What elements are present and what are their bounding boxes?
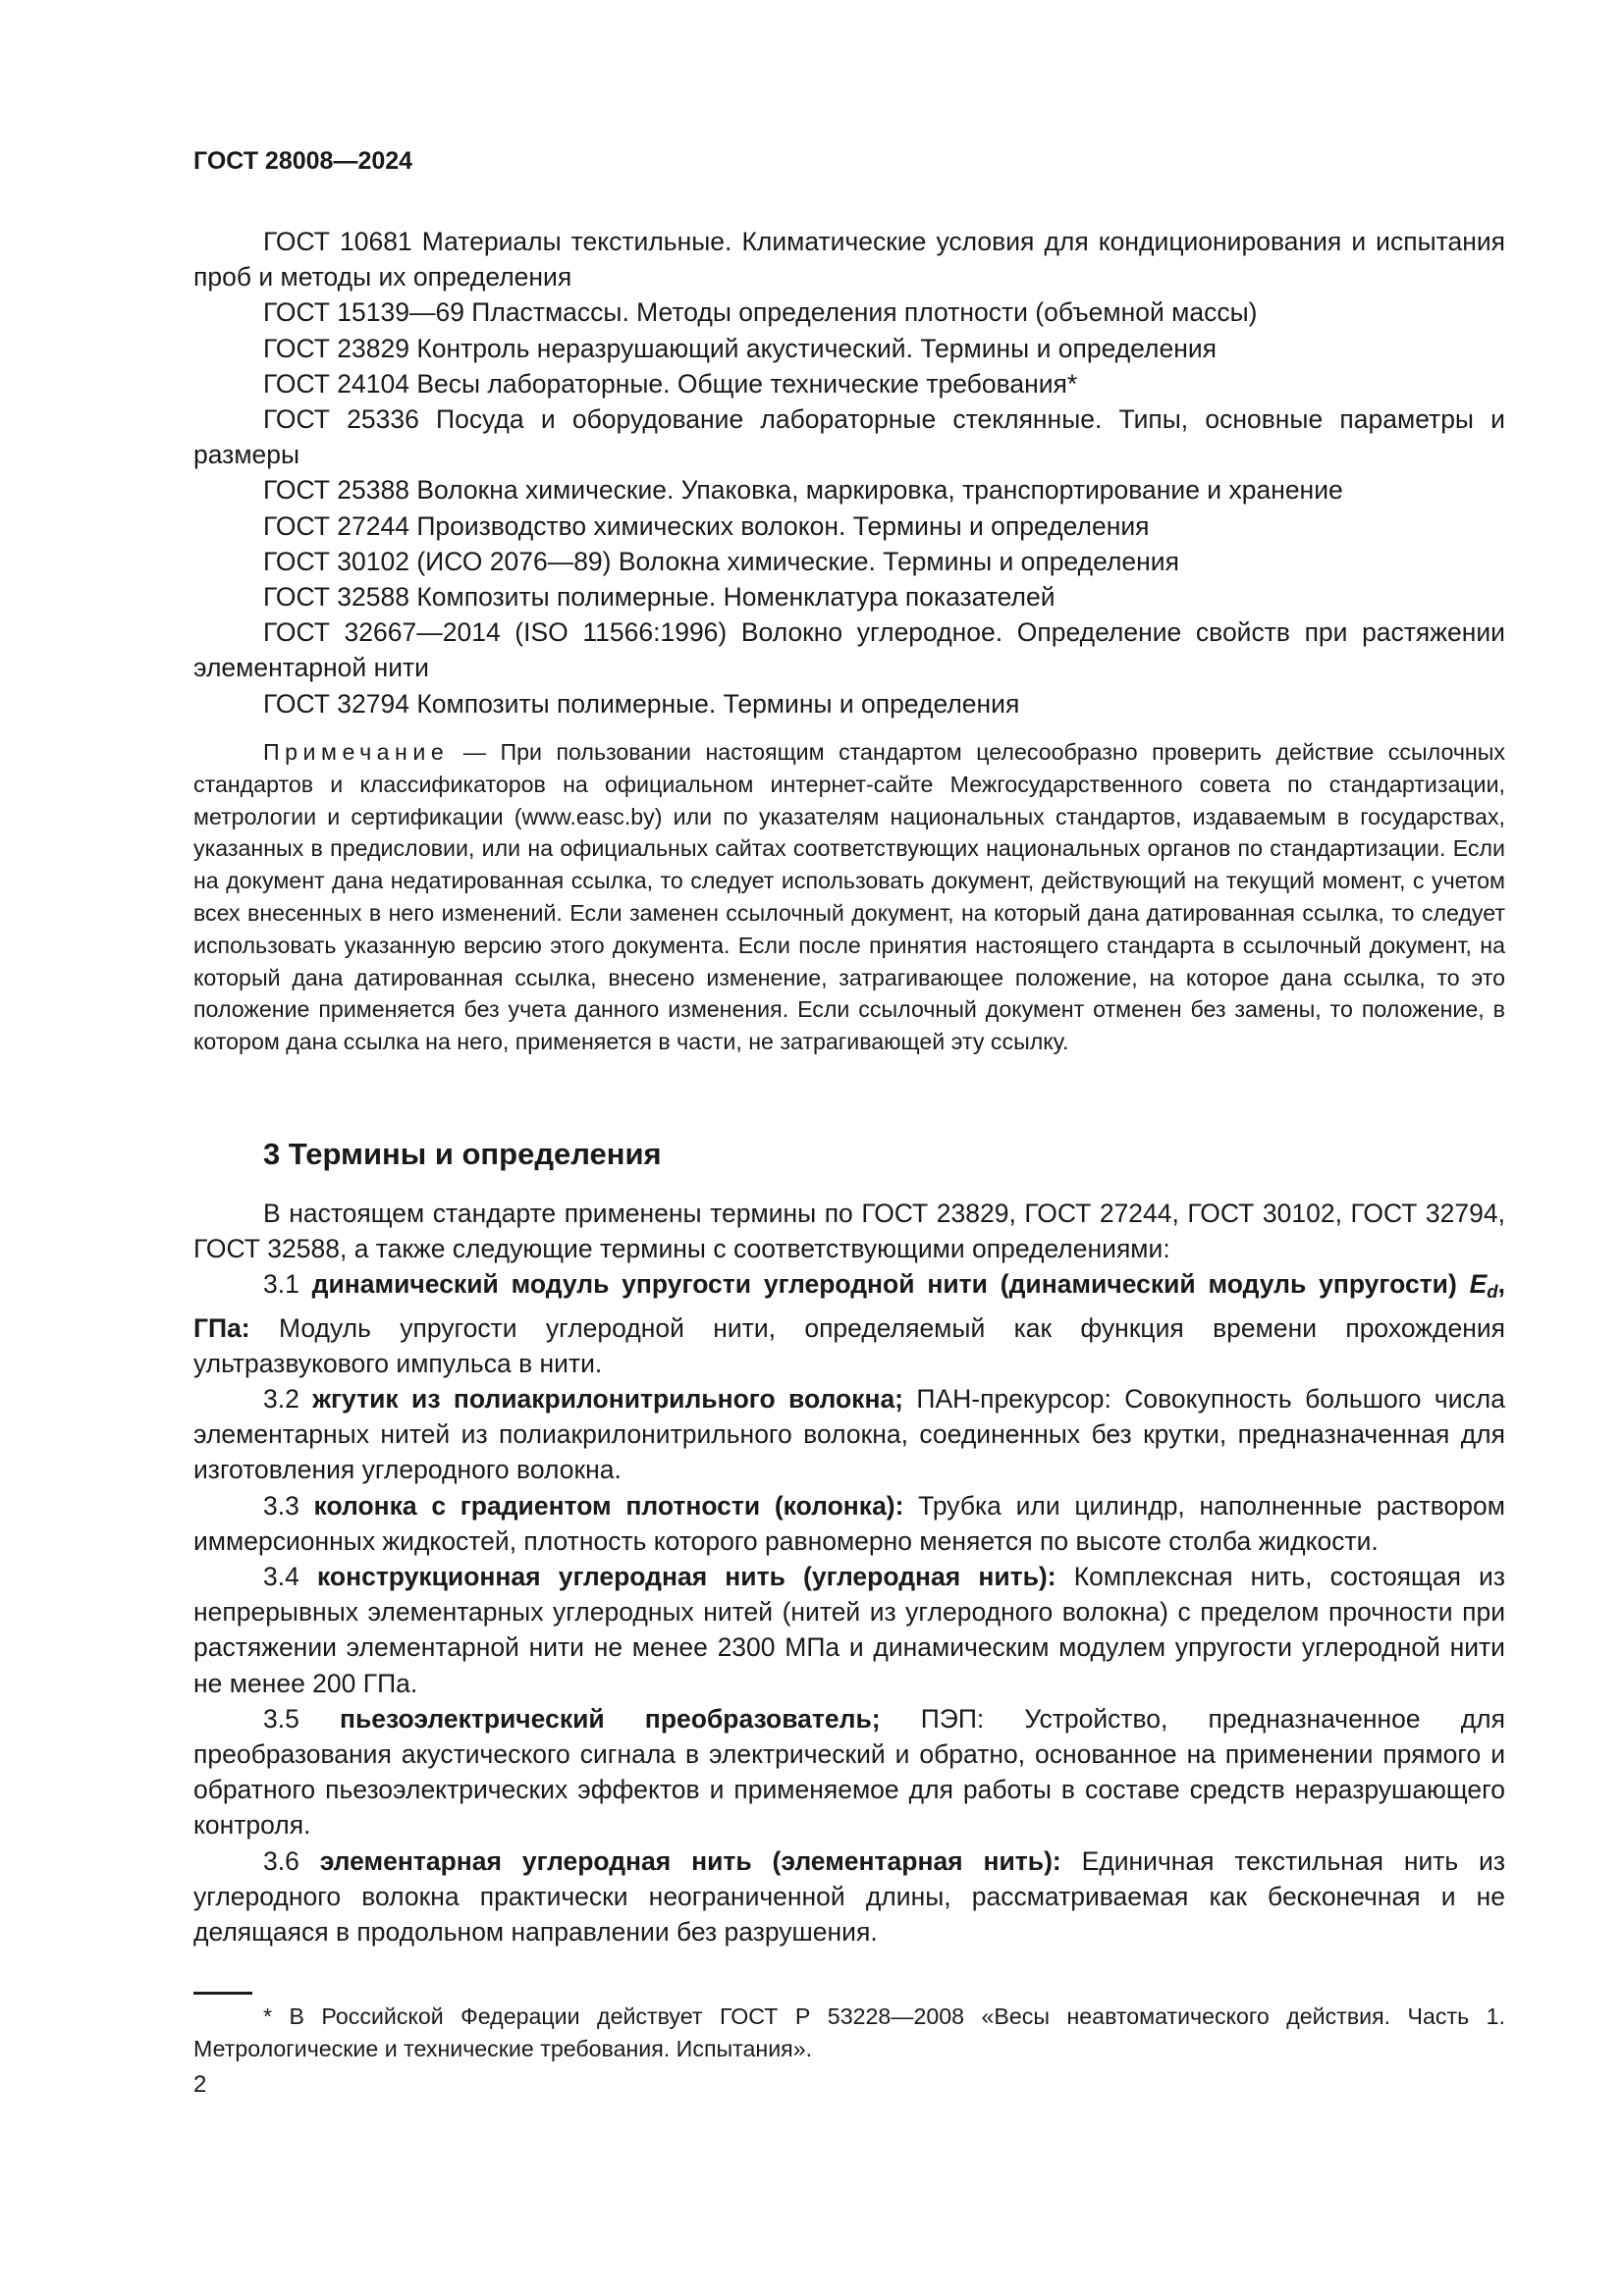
normative-references-list: ГОСТ 10681 Материалы текстильные. Климат… [193,224,1505,721]
reference-item: ГОСТ 15139—69 Пластмассы. Методы определ… [193,294,1505,330]
reference-item: ГОСТ 23829 Контроль неразрушающий акусти… [193,331,1505,366]
term-entry: 3.4 конструкционная углеродная нить (угл… [193,1559,1505,1701]
term-number: 3.1 [263,1269,312,1299]
term-name: пьезоэлектрический преобразователь; [340,1704,881,1734]
reference-item: ГОСТ 32588 Композиты полимерные. Номенкл… [193,579,1505,614]
document-header-id: ГОСТ 28008—2024 [193,147,412,176]
term-number: 3.5 [263,1704,340,1734]
reference-item: ГОСТ 30102 (ИСО 2076—89) Волокна химичес… [193,544,1505,579]
note-label: Примечание [263,739,449,765]
term-number: 3.3 [263,1491,314,1521]
note-block: Примечание — При пользовании настоящим с… [193,736,1505,1058]
note-paragraph: Примечание — При пользовании настоящим с… [193,736,1505,1058]
footnote: * В Российской Федерации действует ГОСТ … [193,2001,1505,2065]
reference-item: ГОСТ 24104 Весы лабораторные. Общие техн… [193,366,1505,401]
term-name: элементарная углеродная нить (элементарн… [320,1846,1061,1876]
term-entry: 3.6 элементарная углеродная нить (элемен… [193,1843,1505,1950]
symbol-subscript: d [1487,1281,1497,1302]
section-heading: 3 Термины и определения [263,1137,662,1172]
term-synonym: ПЭП: [881,1704,985,1734]
section-intro: В настоящем стандарте применены термины … [193,1196,1505,1266]
term-entry: 3.1 динамический модуль упругости углеро… [193,1266,1505,1381]
term-synonym: ПАН-прекурсор: [903,1384,1124,1414]
term-symbol: Ed [1470,1269,1498,1299]
term-name: жгутик из полиакрилонитрильного волокна; [312,1384,903,1414]
symbol-main: E [1470,1269,1488,1299]
reference-item: ГОСТ 25336 Посуда и оборудование лаборат… [193,401,1505,472]
reference-item: ГОСТ 32794 Композиты полимерные. Термины… [193,686,1505,721]
note-text: — При пользовании настоящим стандартом ц… [193,739,1505,1054]
footnote-text: * В Российской Федерации действует ГОСТ … [193,2001,1505,2065]
terms-section: В настоящем стандарте применены термины … [193,1196,1505,1949]
term-entry: 3.3 колонка с градиентом плотности (коло… [193,1488,1505,1559]
footnote-separator [193,1992,252,1995]
reference-item: ГОСТ 25388 Волокна химические. Упаковка,… [193,472,1505,507]
term-name: динамический модуль упругости углеродной… [312,1269,1457,1299]
page-number: 2 [193,2071,206,2099]
term-name: конструкционная углеродная нить (углерод… [317,1562,1056,1591]
reference-item: ГОСТ 10681 Материалы текстильные. Климат… [193,224,1505,294]
term-number: 3.4 [263,1562,317,1591]
term-name: колонка с градиентом плотности (колонка)… [314,1491,904,1521]
reference-item: ГОСТ 32667—2014 (ISO 11566:1996) Волокно… [193,614,1505,685]
term-number: 3.6 [263,1846,320,1876]
term-entry: 3.5 пьезоэлектрический преобразователь; … [193,1701,1505,1843]
term-definition: Модуль упругости углеродной нити, опреде… [193,1313,1505,1378]
term-number: 3.2 [263,1384,312,1414]
term-entry: 3.2 жгутик из полиакрилонитрильного воло… [193,1381,1505,1488]
reference-item: ГОСТ 27244 Производство химических волок… [193,508,1505,544]
